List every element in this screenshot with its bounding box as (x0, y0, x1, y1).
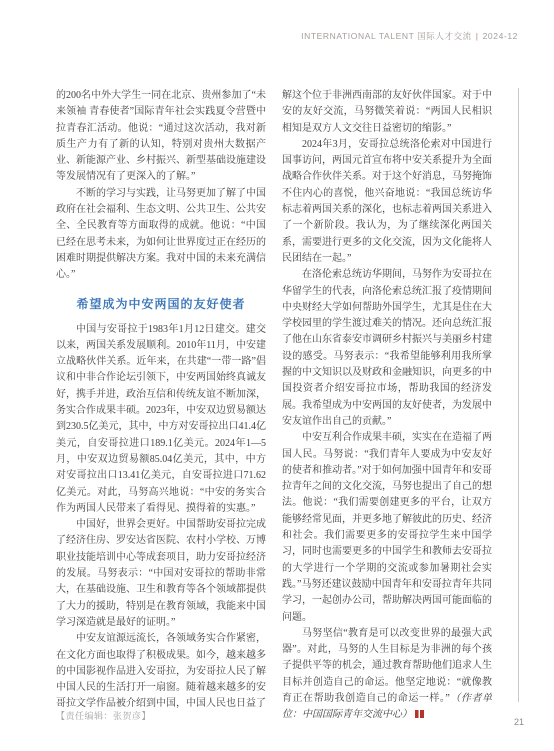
left-column: 的200名中外大学生一同在北京、贵州参加了“未来领袖 青春使者”国际青年社会实践… (56, 88, 266, 724)
page-header: INTERNATIONAL TALENT 国际人才交流|2024-12 (301, 30, 518, 42)
paragraph-continuation: 解这个位于非洲西南部的友好伙伴国家。对于中安的友好交流，马努微笑着说：“两国人民… (282, 88, 492, 137)
issue-number: 2024-12 (483, 31, 518, 41)
right-column: 解这个位于非洲西南部的友好伙伴国家。对于中安的友好交流，马努微笑着说：“两国人民… (282, 88, 492, 724)
magazine-title: INTERNATIONAL TALENT 国际人才交流 (301, 31, 472, 41)
article-end-mark-icon (415, 710, 424, 718)
page-number: 21 (514, 717, 524, 727)
paragraph-final: 马努坚信“教育是可以改变世界的最强大武器”。对此，马努的人生目标是为非洲的每个孩… (282, 626, 492, 724)
article-body: 的200名中外大学生一同在北京、贵州参加了“未来领袖 青春使者”国际青年社会实践… (56, 88, 492, 724)
magazine-page: INTERNATIONAL TALENT 国际人才交流|2024-12 的200… (0, 0, 554, 751)
column-rule (518, 88, 519, 702)
section-heading: 希望成为中安两国的友好使者 (56, 295, 266, 312)
header-divider: | (476, 31, 479, 41)
paragraph: 不断的学习与实践，让马努更加了解了中国政府在社会福利、生态文明、公共卫生、公共安… (56, 186, 266, 284)
paragraph: 在洛伦索总统访华期间，马努作为安哥拉在华留学生的代表，向洛伦索总统汇报了疫情期间… (282, 267, 492, 430)
editor-credit: 【责任编辑：张贺彦】 (56, 709, 151, 722)
paragraph: 中国与安哥拉于1983年1月12日建交。建交以来，两国关系发展顺利。2010年1… (56, 322, 266, 518)
paragraph: 中安友谊源远流长，各领域务实合作紧密，在文化方面也取得了积极成果。如今，越来越多… (56, 631, 266, 712)
paragraph: 中国好，世界会更好。中国帮助安哥拉完成了经济住房、罗安达省医院、农村小学校、万博… (56, 517, 266, 631)
paragraph-continuation: 的200名中外大学生一同在北京、贵州参加了“未来领袖 青春使者”国际青年社会实践… (56, 88, 266, 186)
paragraph: 中安互利合作成果丰硕，实实在在造福了两国人民。马努说：“我们青年人要成为中安友好… (282, 430, 492, 626)
paragraph: 2024年3月，安哥拉总统洛伦索对中国进行国事访问，两国元首宣布将中安关系提升为… (282, 137, 492, 267)
